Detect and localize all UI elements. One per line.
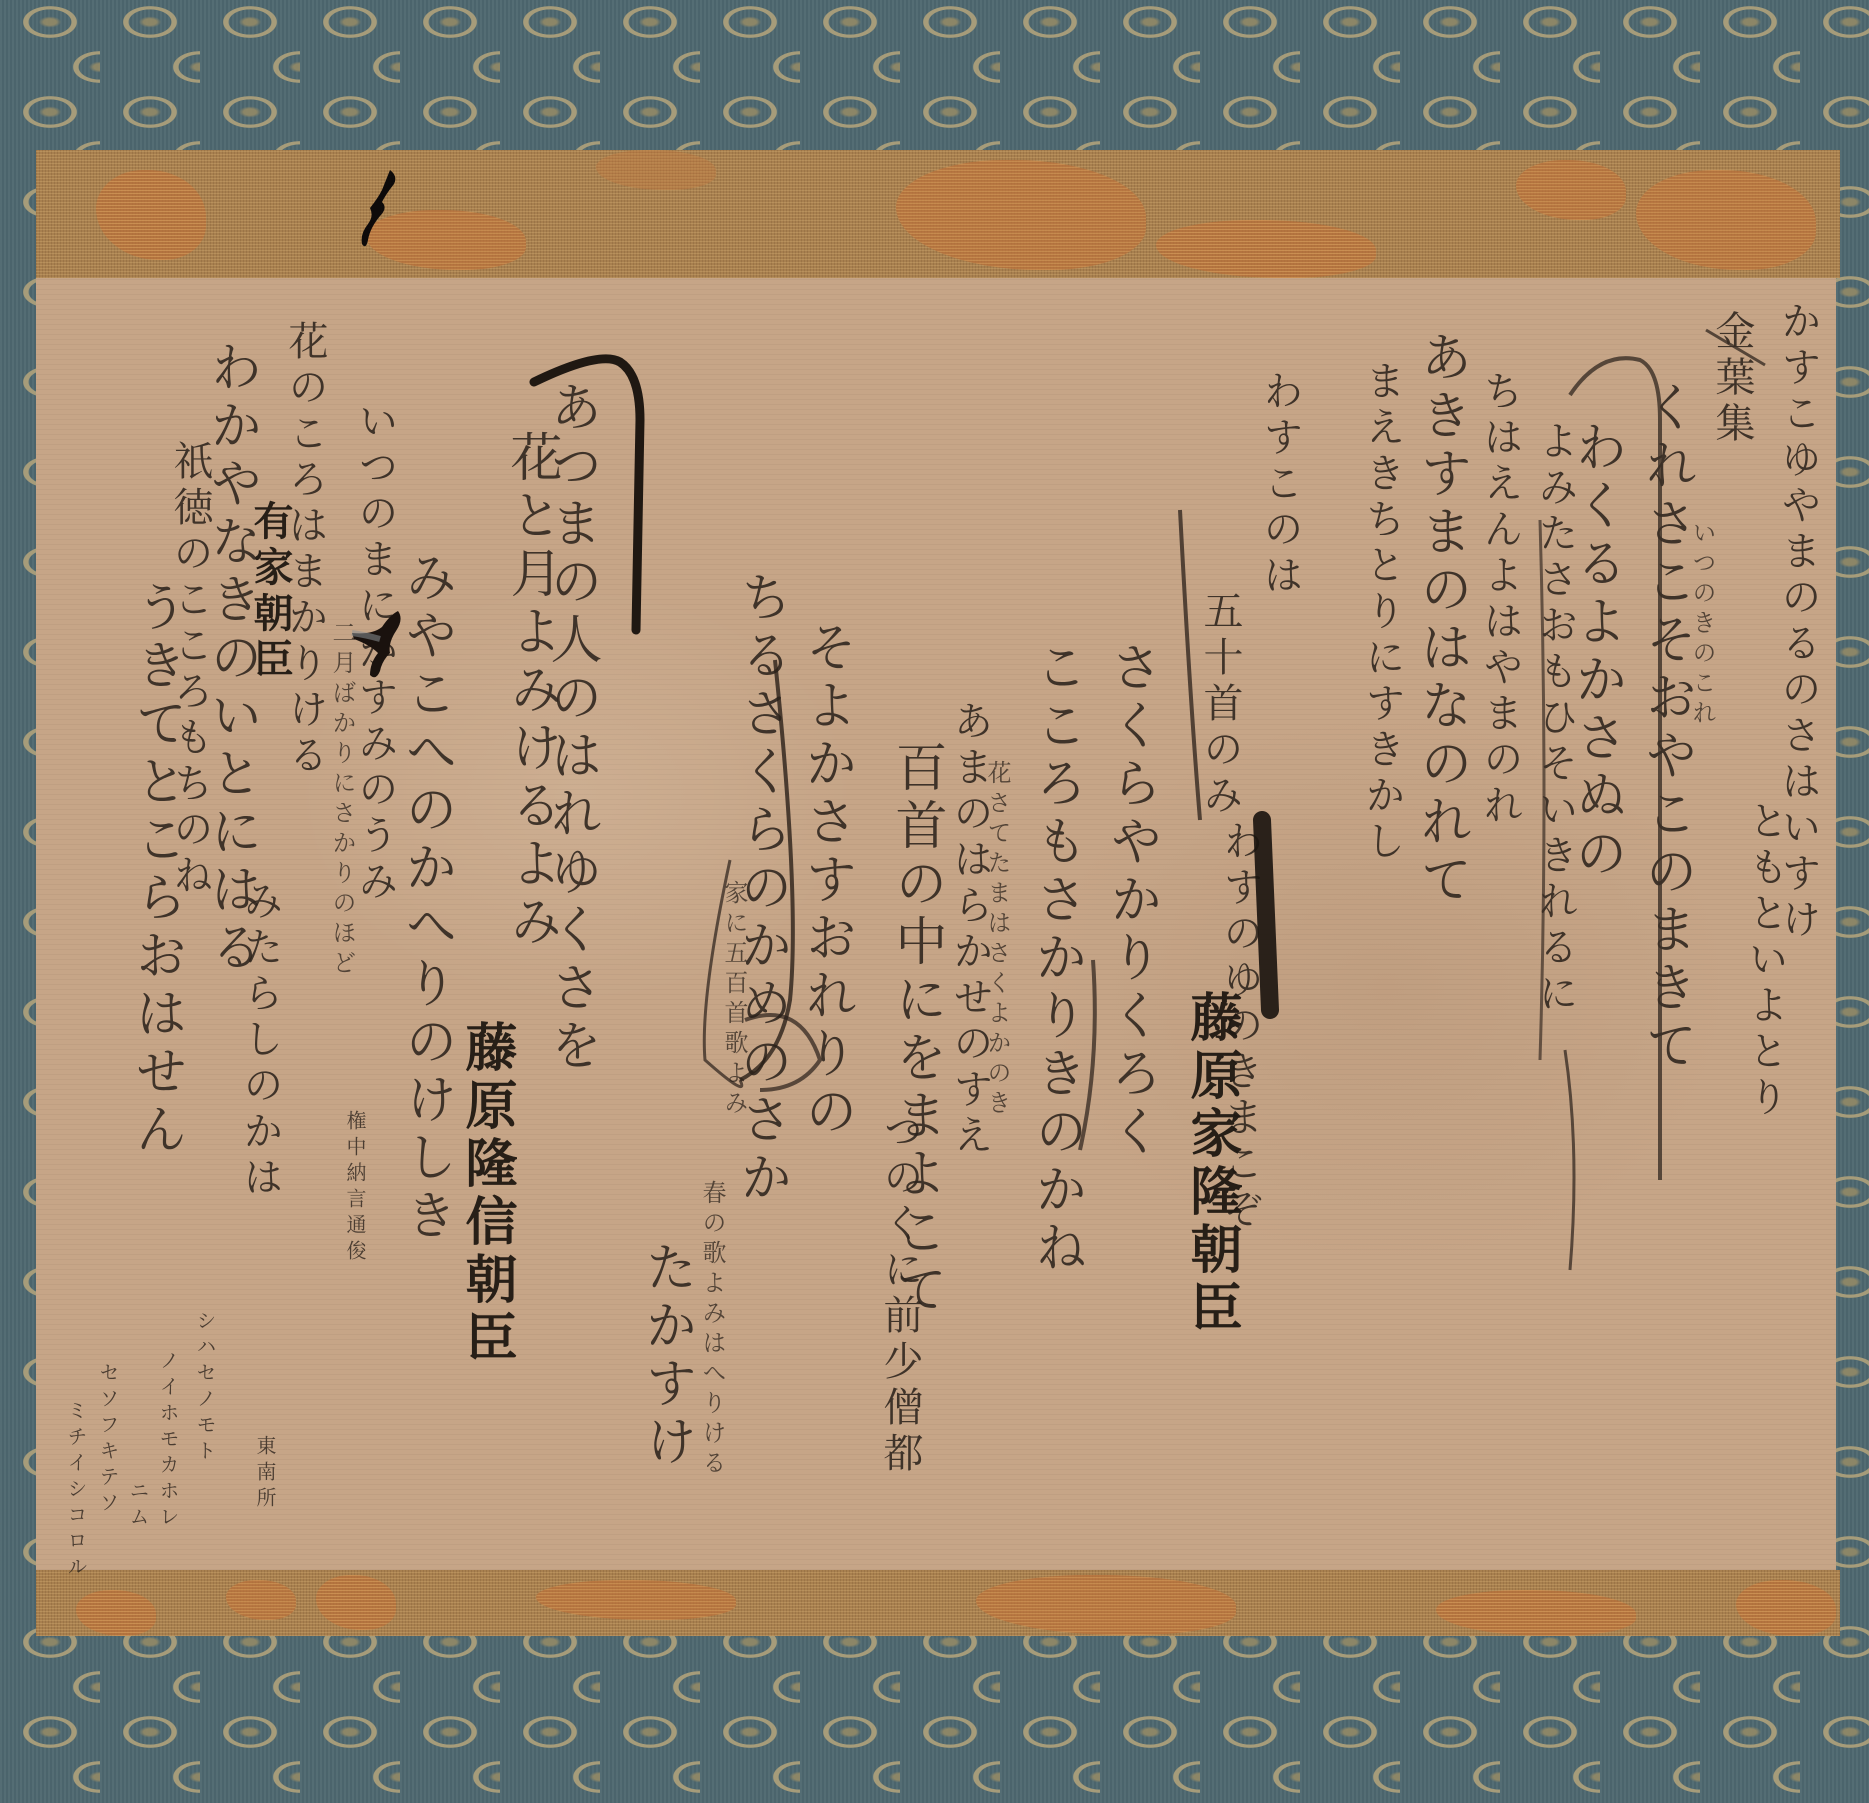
- calligraphy-column: あまのはらかせのすえ: [950, 700, 990, 1160]
- gold-cloud-motif: [1636, 170, 1816, 270]
- calligraphy-column: くれさこそおやこのまきて: [1640, 380, 1692, 1076]
- calligraphy-column: たかすけ: [640, 1240, 692, 1472]
- gold-cloud-motif: [1436, 1590, 1636, 1636]
- annotation-column: ニム: [128, 1480, 148, 1532]
- calligraphy-column: まえきちとりにすきかし: [1362, 360, 1402, 866]
- gold-cloud-motif: [96, 170, 206, 260]
- calligraphy-column: 権中納言通俊: [345, 1110, 365, 1266]
- calligraphy-column: さくらやかりくろく: [1105, 640, 1157, 1162]
- annotation-column: ミチイシコロル: [66, 1400, 86, 1582]
- calligraphy-column: よみたさおもひそいきれるに: [1535, 420, 1575, 1018]
- gold-cloud-motif: [1516, 160, 1626, 220]
- gold-cloud-motif: [1736, 1580, 1836, 1636]
- calligraphy-column: 金葉集: [1712, 310, 1752, 448]
- gold-cloud-motif: [536, 1580, 736, 1620]
- gold-cloud-motif: [896, 160, 1146, 270]
- gold-cloud-motif: [76, 1590, 156, 1636]
- calligraphy-column: ちはえんよはやまのれ: [1480, 370, 1520, 830]
- calligraphy-column: うきてとこらおはせん: [130, 580, 182, 1160]
- annotation-column: 東南所: [255, 1435, 275, 1513]
- gold-cloud-motif: [316, 1575, 396, 1630]
- calligraphy-column: 五十首のみ: [1200, 590, 1240, 820]
- tear-damage: [360, 168, 400, 253]
- annotation-column: ノイホモカホレ: [158, 1350, 178, 1532]
- gold-cloud-motif: [976, 1575, 1236, 1635]
- calligraphy-column: 花と月よみけるよみ: [505, 430, 557, 952]
- top-gold-band: [36, 150, 1840, 278]
- gold-cloud-motif: [596, 150, 716, 190]
- calligraphy-column: 家に五百首歌よみ: [722, 880, 746, 1120]
- calligraphy-column: みたらしのかは: [240, 880, 280, 1202]
- calligraphy-column: ともといよとり: [1745, 800, 1785, 1122]
- gold-cloud-motif: [1156, 220, 1376, 278]
- gold-cloud-motif: [226, 1580, 296, 1620]
- bottom-gold-band: [36, 1570, 1840, 1636]
- calligraphy-column: あきすまのはなのれて: [1415, 330, 1467, 910]
- calligraphy-column: そよかさすおれりの: [800, 620, 852, 1142]
- annotation-column: シハセノモト: [195, 1310, 215, 1466]
- calligraphy-column: わすこのは: [1260, 370, 1300, 600]
- annotation-column: セソフキテソ: [98, 1362, 118, 1518]
- calligraphy-column-poet-name: 藤原家隆朝臣: [1185, 990, 1237, 1338]
- calligraphy-column: つのくに前少僧都: [880, 1110, 920, 1478]
- calligraphy-column-poet-name: 藤原隆信朝臣: [460, 1020, 512, 1368]
- calligraphy-column: 春の歌よみはへりける: [700, 1180, 724, 1480]
- calligraphy-column: こころもさかりきのかね: [1030, 640, 1082, 1278]
- tear-damage: [342, 605, 422, 685]
